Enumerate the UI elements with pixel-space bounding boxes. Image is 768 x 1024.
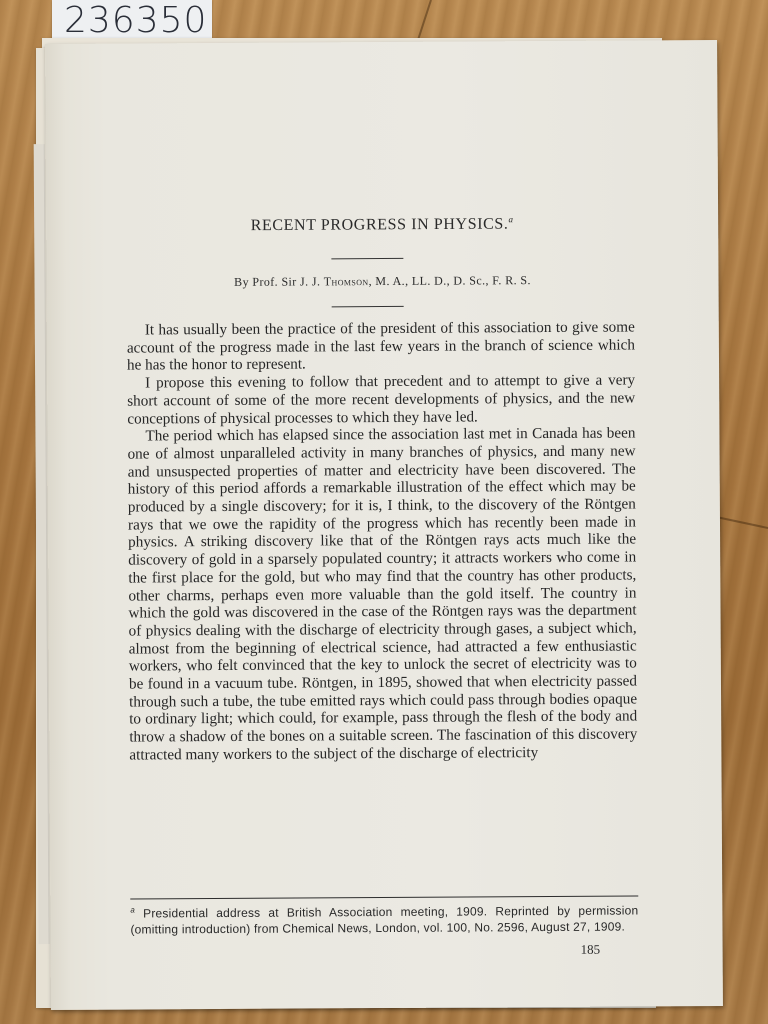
paragraph: I propose this evening to follow that pr… xyxy=(127,372,635,428)
byline-prefix: By Prof. Sir J. J. xyxy=(234,274,324,289)
document-page: RECENT PROGRESS IN PHYSICS.a By Prof. Si… xyxy=(45,40,723,1010)
footnote: a Presidential address at British Associ… xyxy=(130,899,638,937)
paragraph: The period which has elapsed since the a… xyxy=(127,425,637,764)
author-surname: Thomson xyxy=(324,274,369,288)
paragraph: It has usually been the practice of the … xyxy=(127,318,635,374)
article-body: It has usually been the practice of the … xyxy=(127,318,638,764)
catalog-tag: 236350 xyxy=(52,0,212,42)
byline-divider xyxy=(332,306,404,307)
footnote-mark: a xyxy=(130,906,135,915)
title-footnote-mark: a xyxy=(508,214,513,224)
author-byline: By Prof. Sir J. J. Thomson, M. A., LL. D… xyxy=(46,272,718,291)
page-number: 185 xyxy=(581,942,601,958)
title-divider xyxy=(331,258,403,259)
article-title: RECENT PROGRESS IN PHYSICS.a xyxy=(46,213,718,236)
catalog-number: 236350 xyxy=(64,0,207,42)
title-text: RECENT PROGRESS IN PHYSICS. xyxy=(251,216,509,235)
author-credentials: , M. A., LL. D., D. Sc., F. R. S. xyxy=(369,273,531,288)
footnote-text: Presidential address at British Associat… xyxy=(130,903,638,936)
